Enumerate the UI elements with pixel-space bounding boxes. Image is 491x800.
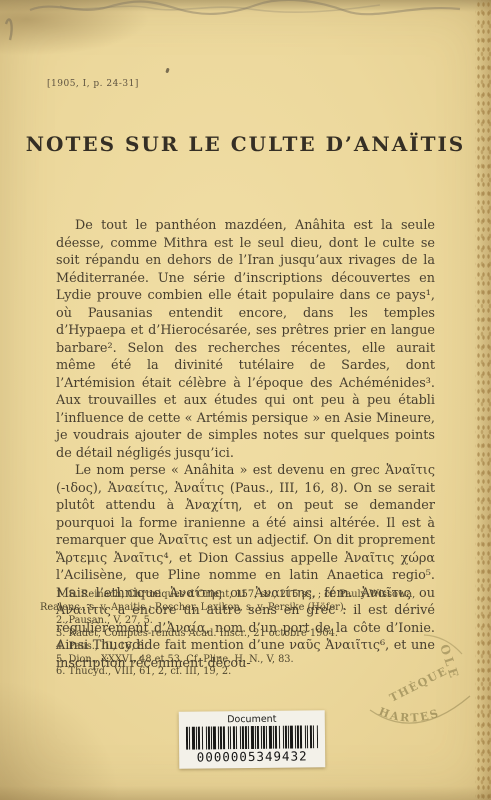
barcode-number: 0000005349432 [197,749,308,764]
barcode-label: Document [227,714,276,726]
stamp-text-hartes-path: HARTES [377,705,442,725]
footnote: 1. S. Reinach, Chroniques d’Orient, 157,… [40,589,442,615]
handwriting-marks [0,0,491,42]
barcode-bars [186,725,318,749]
header-citation: [1905, I, p. 24-31] [47,79,139,89]
scanned-page: [1905, I, p. 24-31] NOTES SUR LE CULTE D… [0,0,491,800]
barcode-sticker: Document 0000005349432 [179,710,326,769]
library-stamp: OLE THÈQUE HARTES [366,630,484,746]
stamp-text-hartes: HARTES [377,705,442,725]
page-title: NOTES SUR LE CULTE D’ANAÏTIS [0,132,491,156]
ink-speck [165,68,169,74]
footnote: 2. Pausan., V, 27, 5. [40,615,442,628]
stamp-text-theque: THÈQUE [387,663,450,704]
corner-darkening [0,680,120,800]
paragraph: De tout le panthéon mazdéen, Anâhita est… [56,217,435,462]
